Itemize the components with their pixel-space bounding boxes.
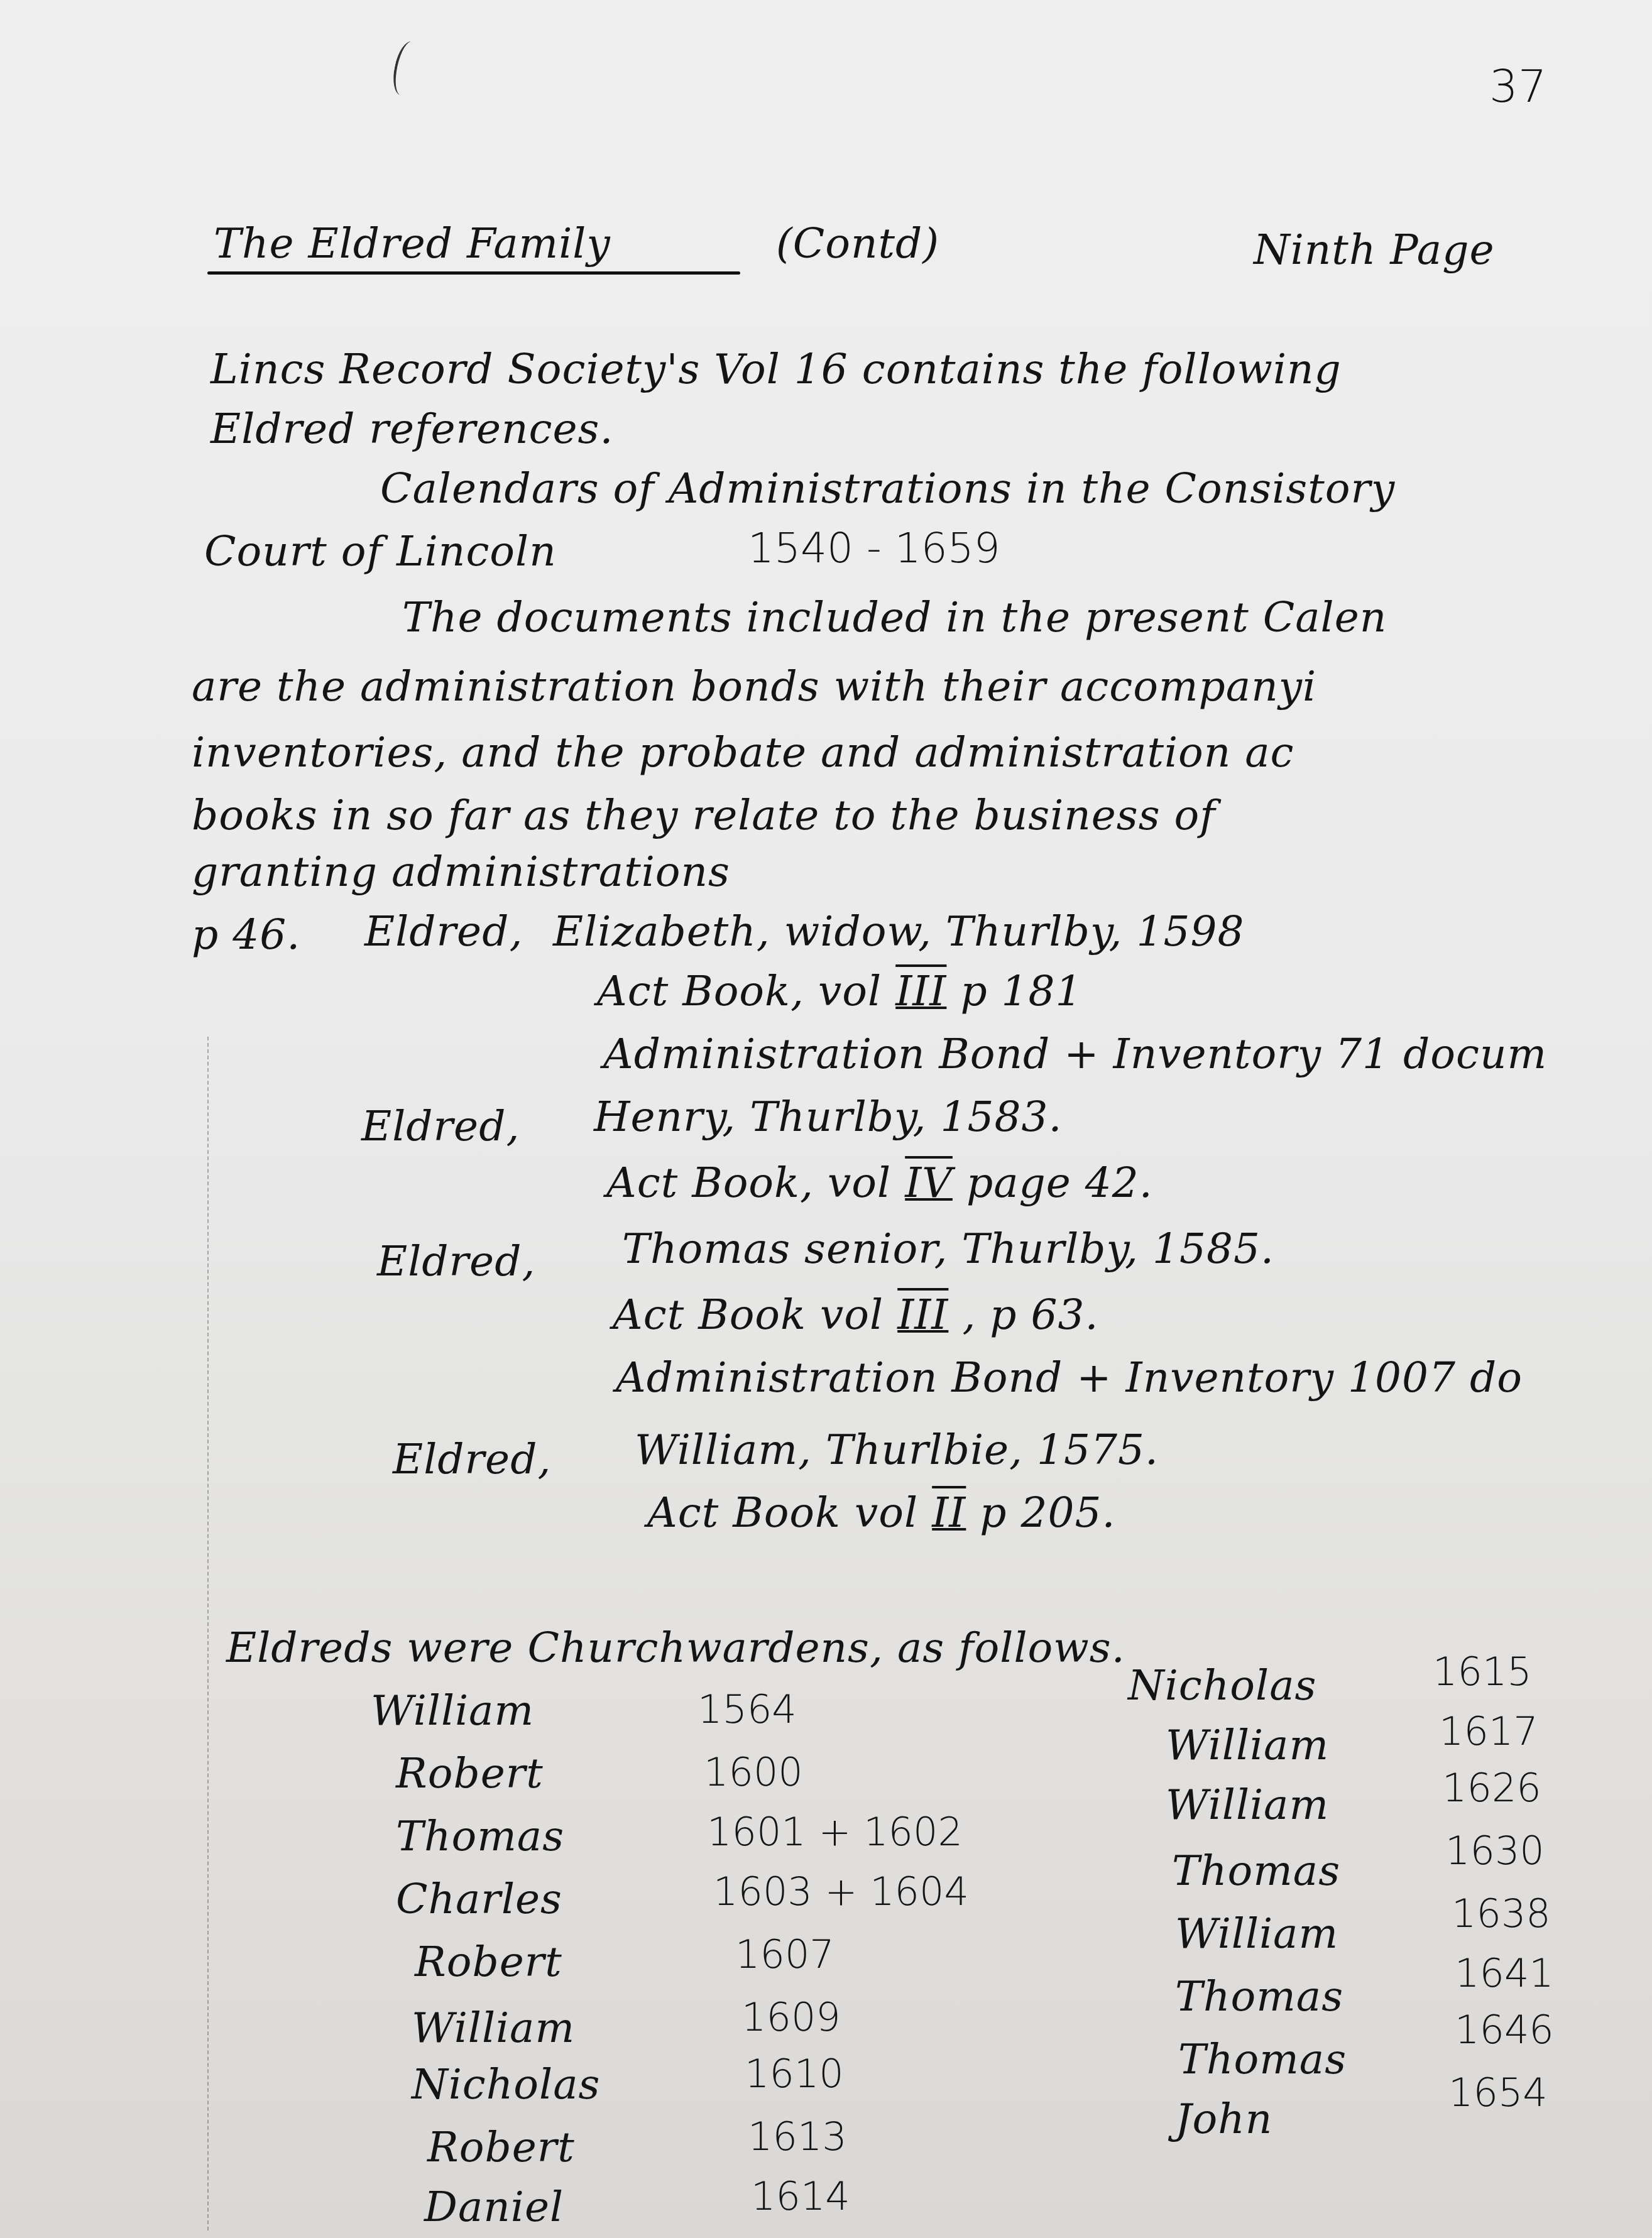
warden-year: 1654 (1448, 2073, 1548, 2112)
warden-year: 1617 (1439, 1712, 1538, 1751)
page-title: The Eldred Family (214, 223, 611, 265)
warden-year: 1638 (1452, 1894, 1551, 1933)
act-book-ref: Act Book vol II p 205. (647, 1492, 1116, 1534)
intro-line: Lincs Record Society's Vol 16 contains t… (211, 349, 1342, 390)
volume-numeral: II (932, 1488, 966, 1537)
description-line: The documents included in the present Ca… (402, 597, 1387, 638)
churchwardens-heading: Eldreds were Churchwardens, as follows. (226, 1627, 1125, 1669)
entry-surname: Eldred, (364, 911, 523, 953)
act-book-ref: Act Book, vol III p 181 (597, 971, 1083, 1012)
warden-name: Nicholas (1128, 1665, 1316, 1706)
page-reference: p 46. (192, 914, 300, 956)
court-name: Court of Lincoln (204, 531, 557, 572)
warden-year: 1630 (1445, 1831, 1545, 1870)
calendar-title: Calendars of Administrations in the Cons… (380, 468, 1395, 510)
warden-name: Robert (415, 1941, 562, 1983)
warden-year: 1601 + 1602 (707, 1813, 963, 1852)
warden-name: Thomas (1172, 1850, 1340, 1892)
warden-name: William (412, 2007, 575, 2049)
warden-name: John (1175, 2099, 1272, 2140)
page-label: Ninth Page (1254, 229, 1494, 271)
warden-year: 1613 (748, 2117, 847, 2156)
bond-ref: Administration Bond + Inventory 71 docum (603, 1034, 1547, 1075)
entry-person: Henry, Thurlby, 1583. (594, 1096, 1063, 1138)
volume-numeral: IV (905, 1159, 953, 1207)
act-book-ref: Act Book, vol IV page 42. (606, 1162, 1153, 1204)
warden-year: 1615 (1433, 1652, 1532, 1691)
title-underline (207, 271, 740, 275)
warden-year: 1646 (1455, 2011, 1554, 2050)
warden-year: 1564 (697, 1690, 797, 1729)
warden-year: 1626 (1442, 1769, 1541, 1808)
entry-surname: Eldred, (361, 1106, 520, 1147)
act-book-ref: Act Book vol III , p 63. (613, 1294, 1099, 1336)
date-range: 1540 - 1659 (748, 528, 1000, 569)
margin-rule (207, 1037, 209, 2230)
entry-surname: Eldred, (377, 1241, 535, 1282)
warden-year: 1607 (735, 1935, 834, 1974)
warden-year: 1600 (704, 1753, 803, 1792)
warden-name: Thomas (1175, 1976, 1343, 2017)
entry-person: Thomas senior, Thurlby, 1585. (622, 1228, 1274, 1270)
description-line: are the administration bonds with their … (192, 666, 1316, 707)
description-line: granting administrations (192, 851, 730, 893)
page-title-suffix: (Contd) (776, 223, 939, 265)
warden-year: 1603 + 1604 (713, 1872, 969, 1911)
warden-name: William (1166, 1784, 1329, 1826)
description-line: inventories, and the probate and adminis… (192, 732, 1294, 773)
page-number: 37 (1489, 60, 1547, 112)
warden-year: 1641 (1455, 1954, 1554, 1993)
entry-person: William, Thurlbie, 1575. (635, 1429, 1159, 1471)
warden-name: Thomas (396, 1816, 564, 1857)
entry-person: Elizabeth, widow, Thurlby, 1598 (553, 911, 1244, 953)
description-line: books in so far as they relate to the bu… (192, 795, 1216, 836)
warden-name: William (1166, 1725, 1329, 1766)
warden-name: Robert (396, 1753, 544, 1794)
volume-numeral: III (897, 1291, 948, 1339)
warden-name: Thomas (1178, 2039, 1347, 2080)
warden-year: 1614 (751, 2177, 850, 2216)
warden-name: William (371, 1690, 534, 1732)
warden-name: Charles (396, 1879, 562, 1920)
stray-pen-mark (389, 39, 424, 98)
warden-year: 1610 (745, 2055, 844, 2093)
warden-year: 1609 (741, 1998, 841, 2037)
warden-name: William (1175, 1913, 1338, 1955)
warden-name: Daniel (424, 2186, 564, 2228)
warden-name: Robert (427, 2127, 575, 2168)
bond-ref: Administration Bond + Inventory 1007 do (616, 1357, 1523, 1399)
warden-name: Nicholas (412, 2064, 600, 2105)
volume-numeral: III (895, 967, 946, 1015)
entry-surname: Eldred, (393, 1439, 551, 1480)
intro-line: Eldred references. (211, 408, 613, 450)
